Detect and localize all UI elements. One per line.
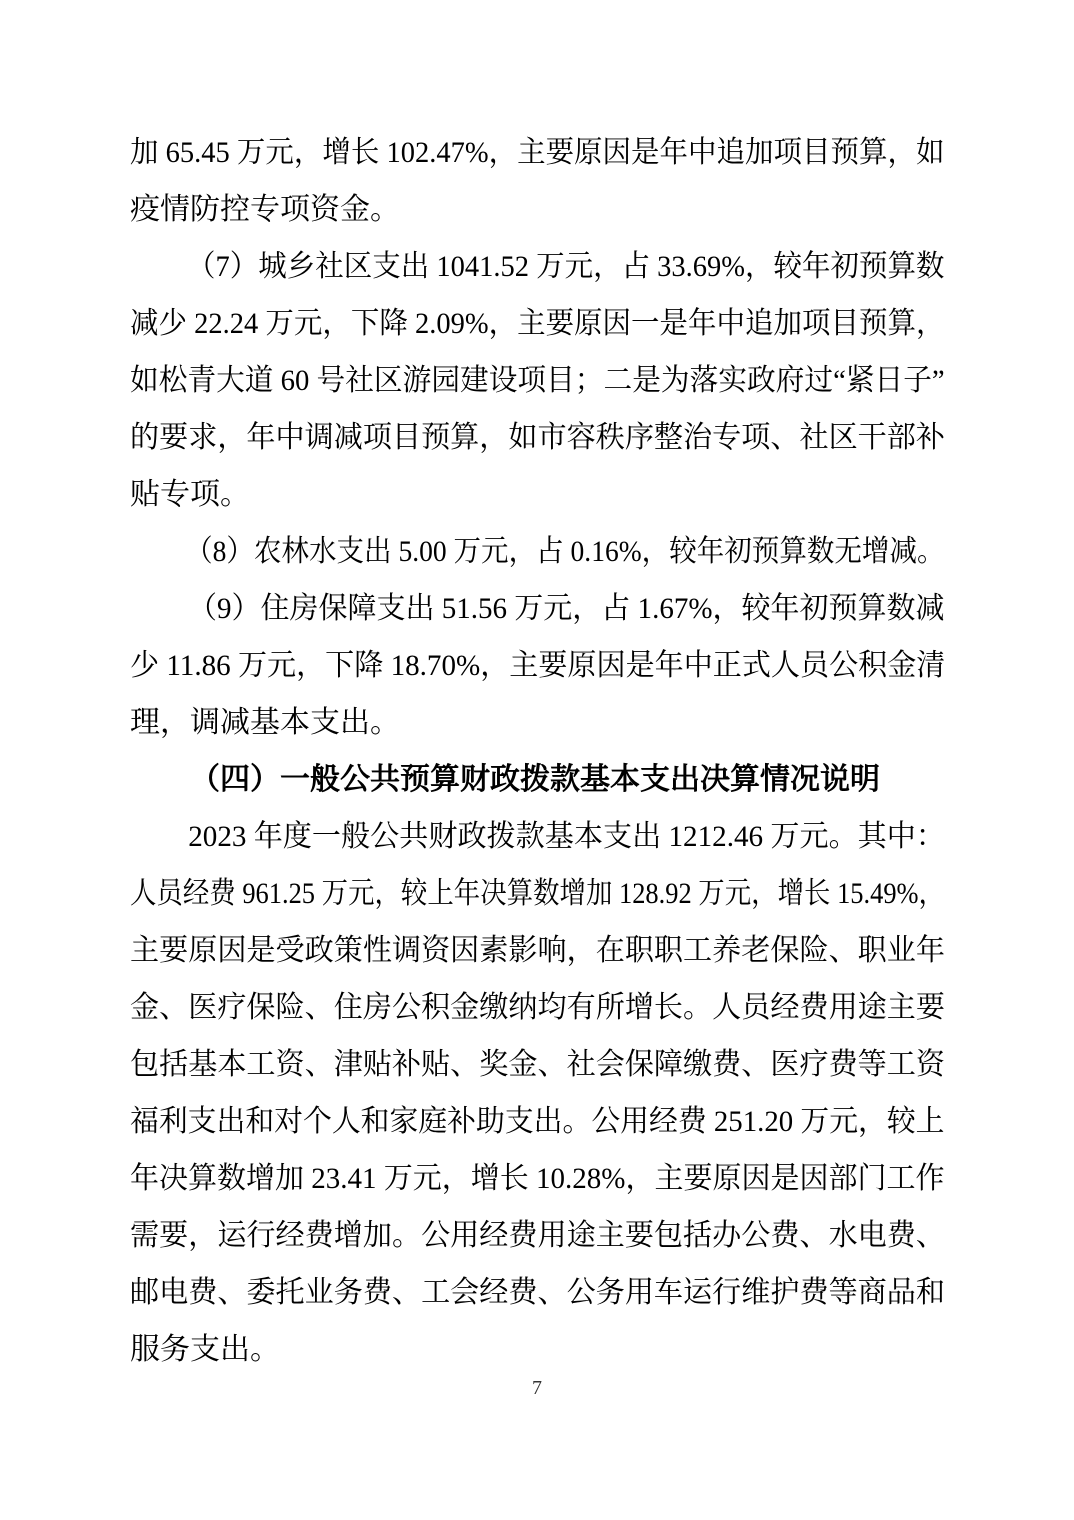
text-line: （7）城乡社区支出 1041.52 万元，占 33.69%，较年初预算数 [130,238,904,295]
document-page: 加 65.45 万元，增长 102.47%，主要原因是年中追加项目预算，如疫情防… [0,0,1074,1520]
text-line: 理，调减基本支出。 [130,694,945,751]
para-item-7-urban-rural-community-expenditure: （7）城乡社区支出 1041.52 万元，占 33.69%，较年初预算数减少 2… [130,238,945,523]
document-body: 加 65.45 万元，增长 102.47%，主要原因是年中追加项目预算，如疫情防… [130,124,945,1378]
text-line: （9）住房保障支出 51.56 万元，占 1.67%，较年初预算数减 [130,580,918,637]
text-line: 人员经费 961.25 万元，较上年决算数增加 128.92 万元，增长 15.… [130,865,848,922]
text-line: 疫情防控专项资金。 [130,181,945,238]
text-line: 如松青大道 60 号社区游园建设项目；二是为落实政府过“紧日子” [130,352,910,409]
text-line: 减少 22.24 万元，下降 2.09%，主要原因一是年中追加项目预算， [130,295,904,352]
text-line: （四）一般公共预算财政拨款基本支出决算情况说明 [130,751,945,808]
text-line: 年决算数增加 23.41 万元，增长 10.28%，主要原因是因部门工作 [130,1150,918,1207]
text-line: 加 65.45 万元，增长 102.47%，主要原因是年中追加项目预算，如 [130,124,904,181]
page-number: 7 [0,1374,1074,1402]
para-item-8-agriculture-forestry-water-expenditure: （8）农林水支出 5.00 万元，占 0.16%，较年初预算数无增减。 [130,523,945,580]
text-line: 福利支出和对个人和家庭补助支出。公用经费 251.20 万元，较上 [130,1093,913,1150]
text-line: 少 11.86 万元，下降 18.70%，主要原因是年中正式人员公积金清 [130,637,920,694]
para-item-9-housing-security-expenditure: （9）住房保障支出 51.56 万元，占 1.67%，较年初预算数减少 11.8… [130,580,945,751]
text-line: 包括基本工资、津贴补贴、奖金、社会保障缴费、医疗费等工资 [130,1036,921,1093]
text-line: 需要，运行经费增加。公用经费用途主要包括办公费、水电费、 [130,1207,921,1264]
text-line: 贴专项。 [130,466,945,523]
text-line: 2023 年度一般公共财政拨款基本支出 1212.46 万元。其中： [130,808,921,865]
text-line: 邮电费、委托业务费、工会经费、公务用车运行维护费等商品和 [130,1264,921,1321]
text-line: 金、医疗保险、住房公积金缴纳均有所增长。人员经费用途主要 [130,979,921,1036]
text-line: 的要求，年中调减项目预算，如市容秩序整治专项、社区干部补 [130,409,921,466]
para-basic-expenditure-details: 2023 年度一般公共财政拨款基本支出 1212.46 万元。其中：人员经费 9… [130,808,945,1378]
para-continuation-project-budget: 加 65.45 万元，增长 102.47%，主要原因是年中追加项目预算，如疫情防… [130,124,945,238]
heading-section-4-basic-expenditure-statement: （四）一般公共预算财政拨款基本支出决算情况说明 [130,751,945,808]
text-line: （8）农林水支出 5.00 万元，占 0.16%，较年初预算数无增减。 [130,523,878,580]
text-line: 主要原因是受政策性调资因素影响，在职职工养老保险、职业年 [130,922,921,979]
text-line: 服务支出。 [130,1321,945,1378]
